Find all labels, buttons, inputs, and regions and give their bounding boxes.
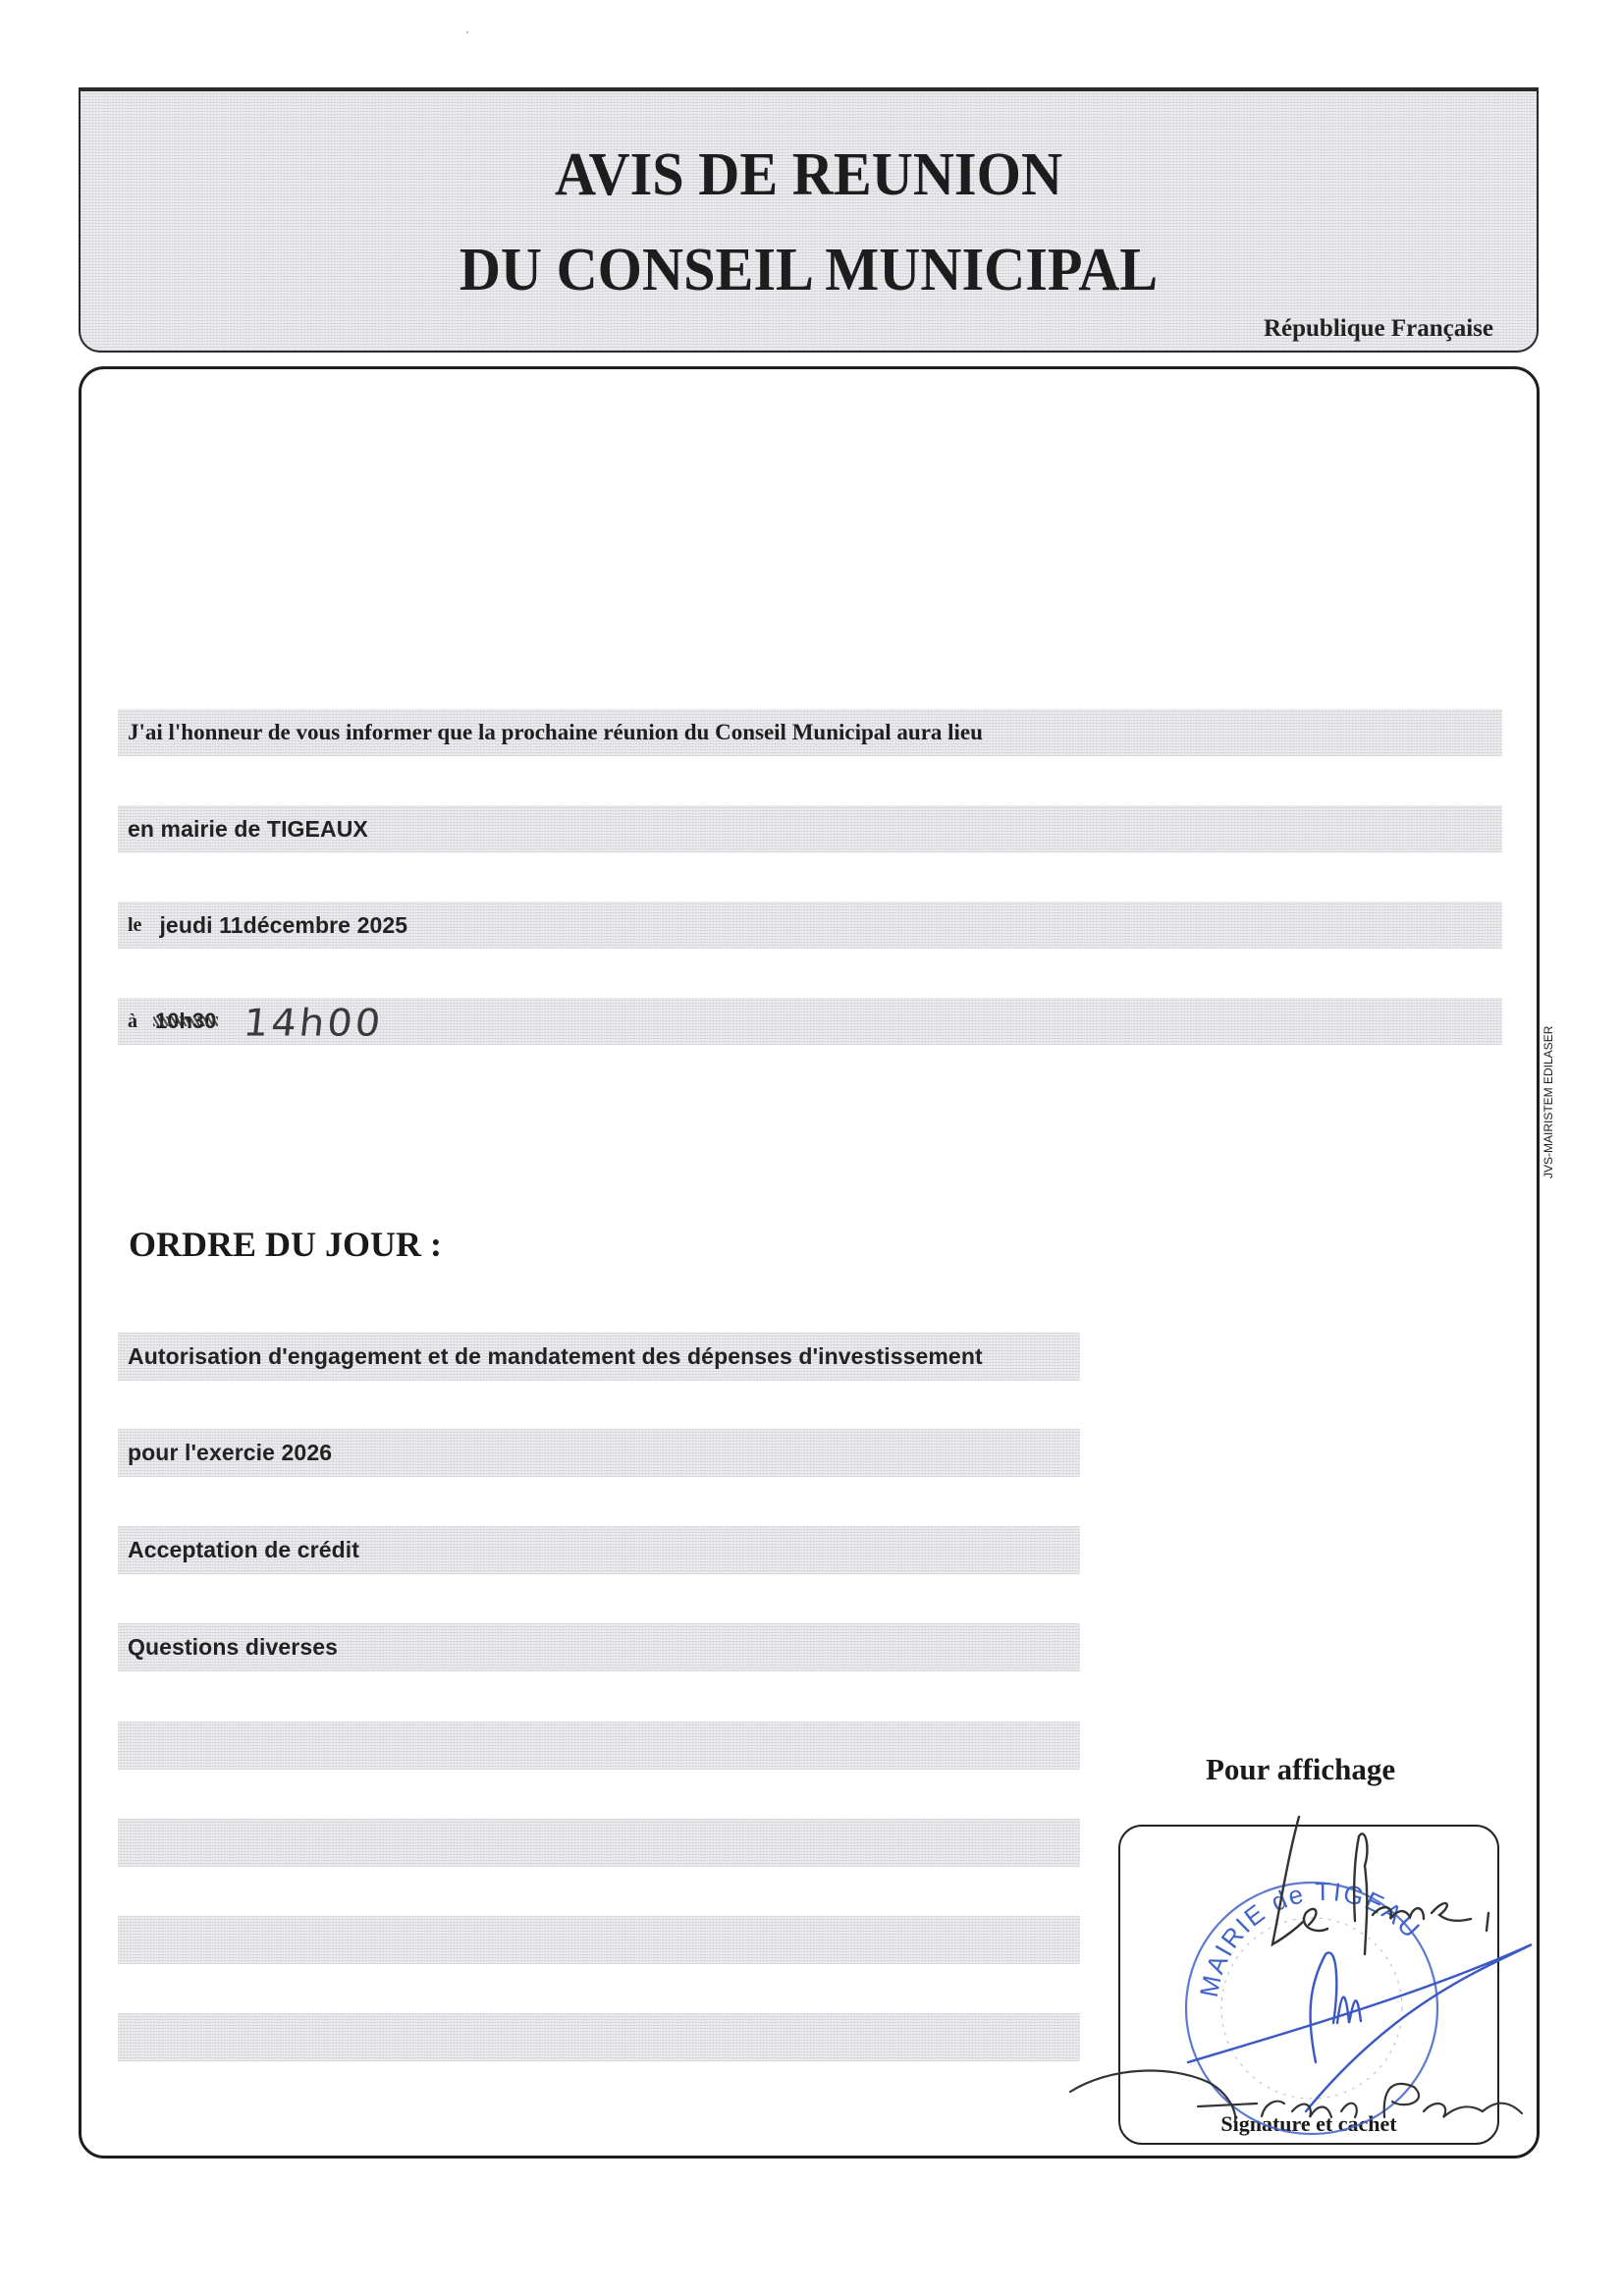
title-line-1: AVIS DE REUNION bbox=[124, 140, 1492, 210]
agenda-item: Autorisation d'engagement et de mandatem… bbox=[118, 1333, 1080, 1381]
header-box: AVIS DE REUNION DU CONSEIL MUNICIPAL Rép… bbox=[79, 87, 1539, 353]
agenda-item-empty bbox=[118, 2013, 1080, 2061]
date-line: le jeudi 11décembre 2025 bbox=[118, 902, 1502, 949]
scan-speck bbox=[466, 31, 468, 33]
agenda-item-text: Questions diverses bbox=[128, 1634, 338, 1661]
signature-and-stamp-drawing: MAIRIE de TIGEAUX Francis Poisson bbox=[1070, 1797, 1532, 2121]
agenda-item-empty bbox=[118, 1916, 1080, 1964]
time-line: à 10h30 14h00 bbox=[118, 998, 1502, 1045]
location-line: en mairie de TIGEAUX bbox=[118, 805, 1502, 852]
handwritten-signer-name-icon bbox=[1070, 2071, 1522, 2121]
agenda-item-text: pour l'exercie 2026 bbox=[128, 1440, 332, 1466]
meeting-location: en mairie de TIGEAUX bbox=[128, 816, 368, 843]
republique-francaise-label: République Française bbox=[1264, 315, 1493, 343]
agenda-item-text: Acceptation de crédit bbox=[128, 1537, 359, 1563]
intro-sentence: J'ai l'honneur de vous informer que la p… bbox=[128, 720, 983, 745]
agenda-item-text: Autorisation d'engagement et de mandatem… bbox=[128, 1343, 983, 1370]
intro-line: J'ai l'honneur de vous informer que la p… bbox=[118, 709, 1502, 756]
blue-signature-paraph-icon bbox=[1188, 1944, 1532, 2111]
agenda-item: Questions diverses bbox=[118, 1623, 1080, 1671]
date-prefix: le bbox=[128, 914, 141, 937]
handwritten-time: 14h00 bbox=[242, 1002, 386, 1045]
meeting-date: jeudi 11décembre 2025 bbox=[159, 912, 407, 939]
title-line-2: DU CONSEIL MUNICIPAL bbox=[124, 236, 1492, 305]
struck-printed-time: 10h30 bbox=[155, 1009, 216, 1034]
agenda-heading: ORDRE DU JOUR : bbox=[129, 1224, 442, 1265]
mairie-stamp-icon: MAIRIE de TIGEAUX bbox=[1060, 1774, 1437, 2134]
agenda-item: pour l'exercie 2026 bbox=[118, 1429, 1080, 1477]
pour-affichage-heading: Pour affichage bbox=[1206, 1752, 1395, 1787]
time-prefix: à bbox=[128, 1011, 137, 1033]
agenda-item-empty bbox=[118, 1722, 1080, 1770]
agenda-item-empty bbox=[118, 1819, 1080, 1867]
printer-side-label: JVS-MAIRISTEM EDILASER bbox=[1542, 1026, 1555, 1178]
agenda-item: Acceptation de crédit bbox=[118, 1526, 1080, 1574]
stamp-ring-text: MAIRIE de TIGEAUX bbox=[1060, 1774, 1427, 1999]
